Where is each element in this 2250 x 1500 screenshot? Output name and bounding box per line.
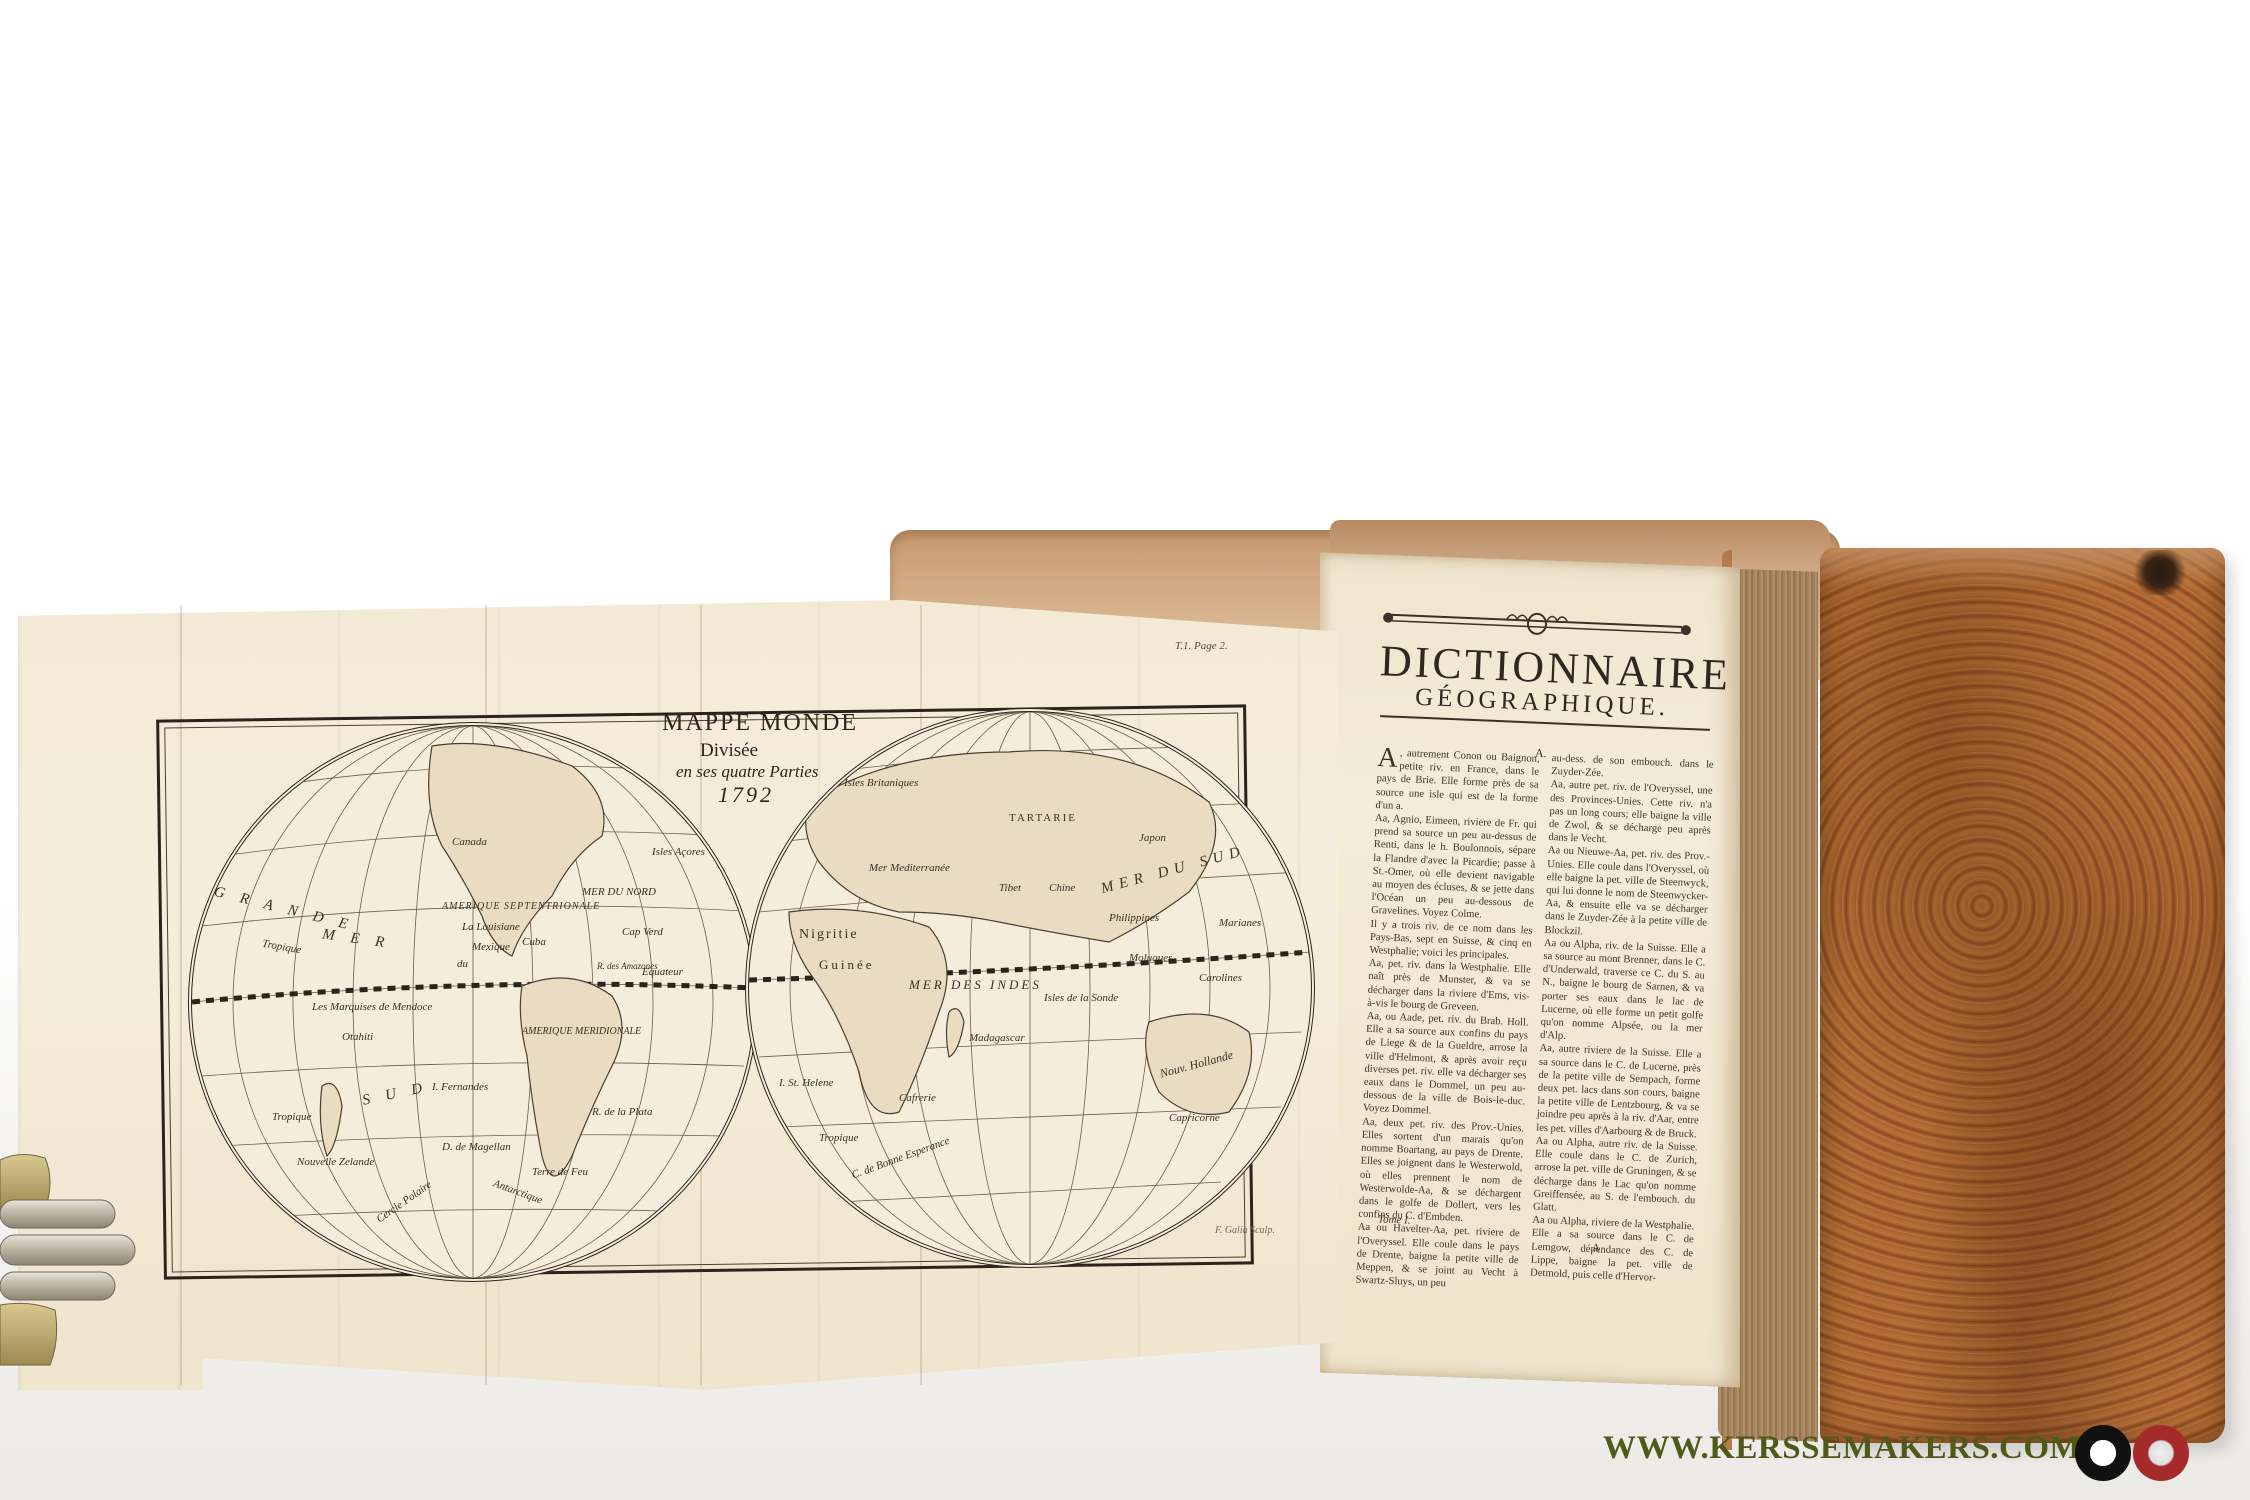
- dictionary-column-right: au-dess. de son embouch. dans le Zuyder-…: [1530, 752, 1714, 1286]
- label-amazones: R. des Amazones: [597, 961, 658, 971]
- label-la-plata: R. de la Plata: [592, 1106, 653, 1118]
- label-madagascar: Madagascar: [969, 1032, 1025, 1044]
- map-subtitle-divisee: Divisée: [700, 740, 758, 762]
- ilab-amor-librorum-logo-icon: [2133, 1425, 2189, 1481]
- label-cafrerie: Cafrerie: [899, 1092, 936, 1104]
- label-isles-sonde: Isles de la Sonde: [1044, 992, 1118, 1004]
- label-mexique: Mexique: [472, 941, 510, 953]
- label-mer-du-nord: MER DU NORD: [582, 886, 656, 898]
- label-du: du: [457, 958, 468, 970]
- label-st-helene: I. St. Helene: [779, 1077, 833, 1089]
- label-nouvelle-zelande: Nouvelle Zelande: [297, 1156, 374, 1168]
- nvva-antiquarian-logo-icon: [2075, 1425, 2131, 1481]
- label-cuba: Cuba: [522, 936, 546, 948]
- map-engraver-signature: F. Galia Sculp.: [1215, 1225, 1275, 1236]
- label-tibet: Tibet: [999, 882, 1021, 894]
- copyright-symbol: ©: [2030, 1432, 2041, 1448]
- label-isles-britaniques: Isles Britaniques: [844, 777, 918, 789]
- right-book-leather-spine: [1820, 548, 2225, 1443]
- label-amerique-sept: AMERIQUE SEPTENTRIONALE: [442, 901, 600, 912]
- label-carolines: Carolines: [1199, 972, 1242, 984]
- label-japon: Japon: [1139, 832, 1166, 844]
- label-marianes: Marianes: [1219, 917, 1261, 929]
- label-canada: Canada: [452, 836, 487, 848]
- label-philippines: Philippines: [1109, 912, 1159, 924]
- label-amerique-merid: AMERIQUE MERIDIONALE: [522, 1026, 641, 1037]
- label-mer-des-indes: MER DES INDES: [909, 977, 1042, 993]
- label-otahiti: Otahiti: [342, 1031, 373, 1043]
- label-terre-de-feu: Terre de Feu: [532, 1166, 588, 1178]
- label-i-fernandes: I. Fernandes: [432, 1081, 488, 1093]
- label-mediterranee: Mer Mediterranée: [869, 862, 950, 874]
- silver-hand-paperweight-icon: [0, 1140, 140, 1380]
- dictionary-column-left: A, autrement Conon ou Baignon, petite ri…: [1355, 746, 1540, 1294]
- label-capricorne: Capricorne: [1169, 1112, 1220, 1124]
- kerssemakers-watermark-link[interactable]: WWW.KERSSEMAKERS.COM: [1603, 1430, 2081, 1467]
- left-column-text: , autrement Conon ou Baignon, petite riv…: [1355, 748, 1539, 1290]
- map-subtitle-parties: en ses quatre Parties: [676, 762, 818, 782]
- western-hemisphere: G R A N D E M E R du S U D AMERIQUE SEPT…: [188, 722, 758, 1282]
- label-cap-verd: Cap Verd: [622, 926, 663, 938]
- map-page-reference: T.1. Page 2.: [1175, 640, 1228, 652]
- label-nigritie: Nigritie: [799, 927, 859, 943]
- label-chine: Chine: [1049, 882, 1075, 894]
- label-louisiane: La Louisiane: [462, 921, 520, 933]
- label-moluques: Moluques: [1129, 952, 1172, 964]
- right-book-worn-corner: [2130, 550, 2190, 595]
- label-tartarie: TARTARIE: [1009, 812, 1077, 824]
- volume-footer: Tome I.: [1378, 1213, 1411, 1226]
- eastern-hemisphere: Isles Britaniques MER DU SUD MER DES IND…: [745, 708, 1315, 1268]
- map-title: MAPPE MONDE: [662, 710, 858, 737]
- label-magellan: D. de Magellan: [442, 1141, 511, 1153]
- label-marquises: Les Marquises de Mendoce: [312, 1001, 432, 1013]
- label-tropique-e: Tropique: [819, 1132, 858, 1144]
- western-graticule-icon: [192, 726, 754, 1278]
- signature-mark: A: [1592, 1242, 1600, 1254]
- dropcap: A: [1377, 746, 1398, 771]
- label-acores: Isles Açores: [652, 846, 705, 858]
- map-year: 1792: [718, 782, 774, 808]
- label-guinee: Guinée: [819, 957, 875, 973]
- label-tropique-s: Tropique: [272, 1111, 311, 1123]
